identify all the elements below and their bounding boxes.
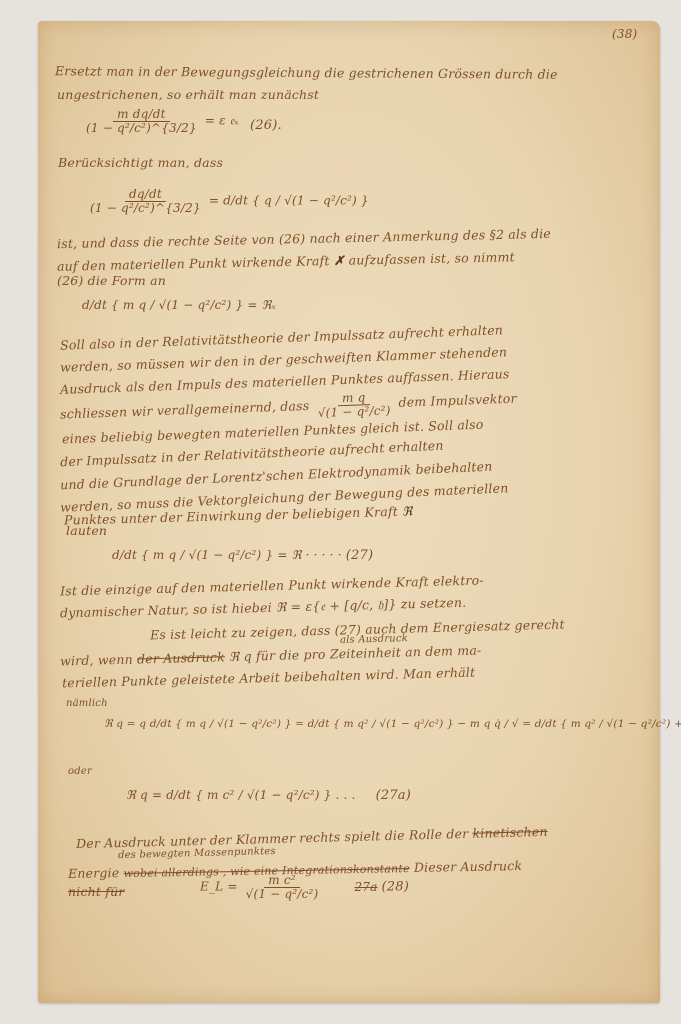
text-line: Berücksichtigt man, dass: [58, 155, 223, 170]
fraction-denominator: √(1 − q²/c²): [314, 404, 395, 419]
force-symbol: ℜ: [402, 503, 413, 518]
equation-label: (26).: [250, 118, 282, 133]
equation-lhs: E_L: [200, 880, 223, 894]
text-line: oder: [68, 766, 92, 777]
fraction-denominator: √(1 − q²/c²): [242, 888, 323, 901]
equation-rhs: = ε 𝔢ₓ: [205, 114, 239, 128]
equation-27a: ℜ q = d/dt { m c² / √(1 − q²/c²) } . . .…: [126, 788, 411, 803]
equation-26: m dq/dt(1 − q²/c²)^{3/2} = ε 𝔢ₓ: [82, 108, 239, 134]
inline-impulse-fraction: m q√(1 − q²/c²): [313, 390, 395, 419]
equation-rhs: = ℜₓ: [247, 298, 276, 312]
fraction-denominator: (1 − q²/c²)^{3/2}: [82, 122, 201, 135]
text-segment: schliessen wir verallgemeinernd, dass: [60, 398, 310, 422]
crossed-out-symbol: ✗: [334, 253, 345, 268]
equation-label: (27): [346, 548, 374, 563]
equation-27: d/dt { m q / √(1 − q²/c²) } = ℜ · · · · …: [112, 548, 373, 563]
equation-lhs: d/dt { m q / √(1 − q²/c²) }: [82, 298, 243, 312]
leader-dots: · · · · ·: [306, 548, 342, 562]
text-line: (26) die Form an: [57, 273, 166, 288]
equation-identity: dq/dt(1 − q²/c²)^{3/2} = d/dt { q / √(1 …: [86, 188, 369, 214]
fraction-denominator: (1 − q²/c²)^{3/2}: [86, 202, 205, 215]
text-line: ungestrichenen, so erhält man zunächst: [57, 87, 319, 102]
equation-rhs: = d/dt { q / √(1 − q²/c²) }: [209, 194, 369, 208]
equation-28: E_L = m c²√(1 − q²/c²) 27a (28): [200, 874, 409, 900]
equation-label: (28): [382, 880, 410, 895]
fraction-numerator: dq/dt: [125, 188, 166, 202]
equation-lhs: d/dt { m q / √(1 − q²/c²) }: [112, 548, 273, 562]
text-line: nämlich: [66, 698, 108, 709]
equation-label: (27a): [376, 788, 411, 803]
fraction-numerator: m dq/dt: [113, 108, 170, 122]
text-segment: dem Impulsvektor: [398, 391, 517, 410]
struck-text: der Ausdruck: [137, 649, 225, 666]
text-segment: Energie: [68, 865, 120, 881]
text-line: lauten: [66, 523, 107, 538]
equation-energy: ℜ q = q d/dt { m q / √(1 − q²/c²) } = d/…: [104, 718, 681, 730]
struck-text: kinetischen: [472, 824, 548, 841]
struck-text: 27a: [354, 880, 377, 894]
fraction-numerator: m c²: [264, 874, 300, 888]
text-segment: wird, wenn: [60, 652, 133, 669]
struck-text: nicht für: [68, 884, 125, 899]
page-number: (38): [612, 27, 637, 41]
equation-lhs: ℜ q = d/dt { m c² / √(1 − q²/c²) }: [126, 788, 331, 802]
text-segment: Dieser Ausdruck: [414, 858, 523, 875]
equation-26-rewritten: d/dt { m q / √(1 − q²/c²) } = ℜₓ: [82, 298, 276, 312]
leader-dots: . . .: [336, 788, 356, 802]
equation-rhs: = ℜ: [277, 548, 301, 562]
